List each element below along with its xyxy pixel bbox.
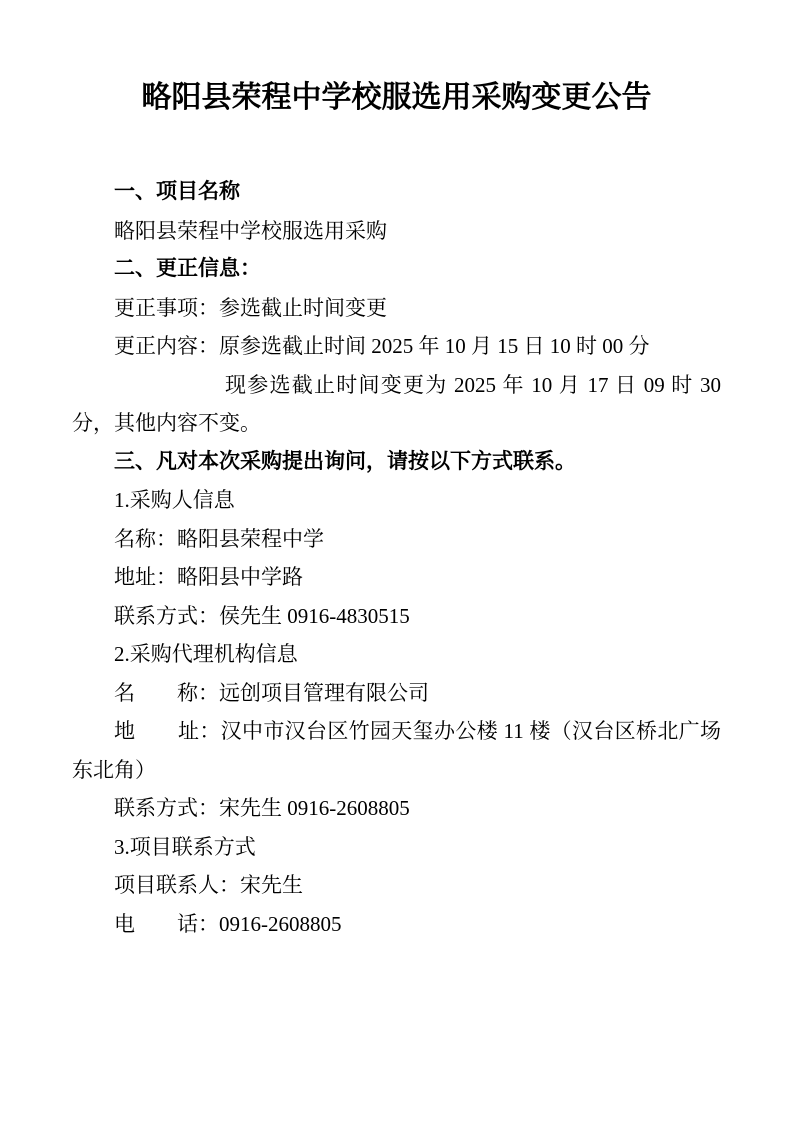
paragraph-correction-item: 更正事项：参选截止时间变更 [72,289,721,328]
document-page: 略阳县荣程中学校服选用采购变更公告 一、项目名称 略阳县荣程中学校服选用采购 二… [0,0,793,1122]
heading-correction-info: 二、更正信息： [72,250,721,289]
paragraph-purchaser-contact: 联系方式：侯先生 0916-4830515 [72,597,721,636]
paragraph-agency-contact: 联系方式：宋先生 0916-2608805 [72,789,721,828]
paragraph-project-contact-title: 3.项目联系方式 [72,828,721,867]
paragraph-correction-content-new: 现参选截止时间变更为 2025 年 10 月 17 日 09 时 30 分，其他… [72,366,721,443]
paragraph-purchaser-address: 地址：略阳县中学路 [72,558,721,597]
paragraph-correction-content-original: 更正内容：原参选截止时间 2025 年 10 月 15 日 10 时 00 分 [72,327,721,366]
paragraph-purchaser-info-title: 1.采购人信息 [72,481,721,520]
paragraph-project-phone: 电 话：0916-2608805 [72,905,721,944]
paragraph-purchaser-name: 名称：略阳县荣程中学 [72,520,721,559]
paragraph-project-name-value: 略阳县荣程中学校服选用采购 [72,212,721,251]
paragraph-agency-name: 名 称：远创项目管理有限公司 [72,674,721,713]
paragraph-agency-info-title: 2.采购代理机构信息 [72,635,721,674]
heading-project-name: 一、项目名称 [72,173,721,212]
document-title: 略阳县荣程中学校服选用采购变更公告 [72,78,721,118]
paragraph-project-contact-person: 项目联系人：宋先生 [72,866,721,905]
paragraph-agency-address: 地 址：汉中市汉台区竹园天玺办公楼 11 楼（汉台区桥北广场东北角） [72,712,721,789]
heading-contact-instructions: 三、凡对本次采购提出询问，请按以下方式联系。 [72,443,721,482]
